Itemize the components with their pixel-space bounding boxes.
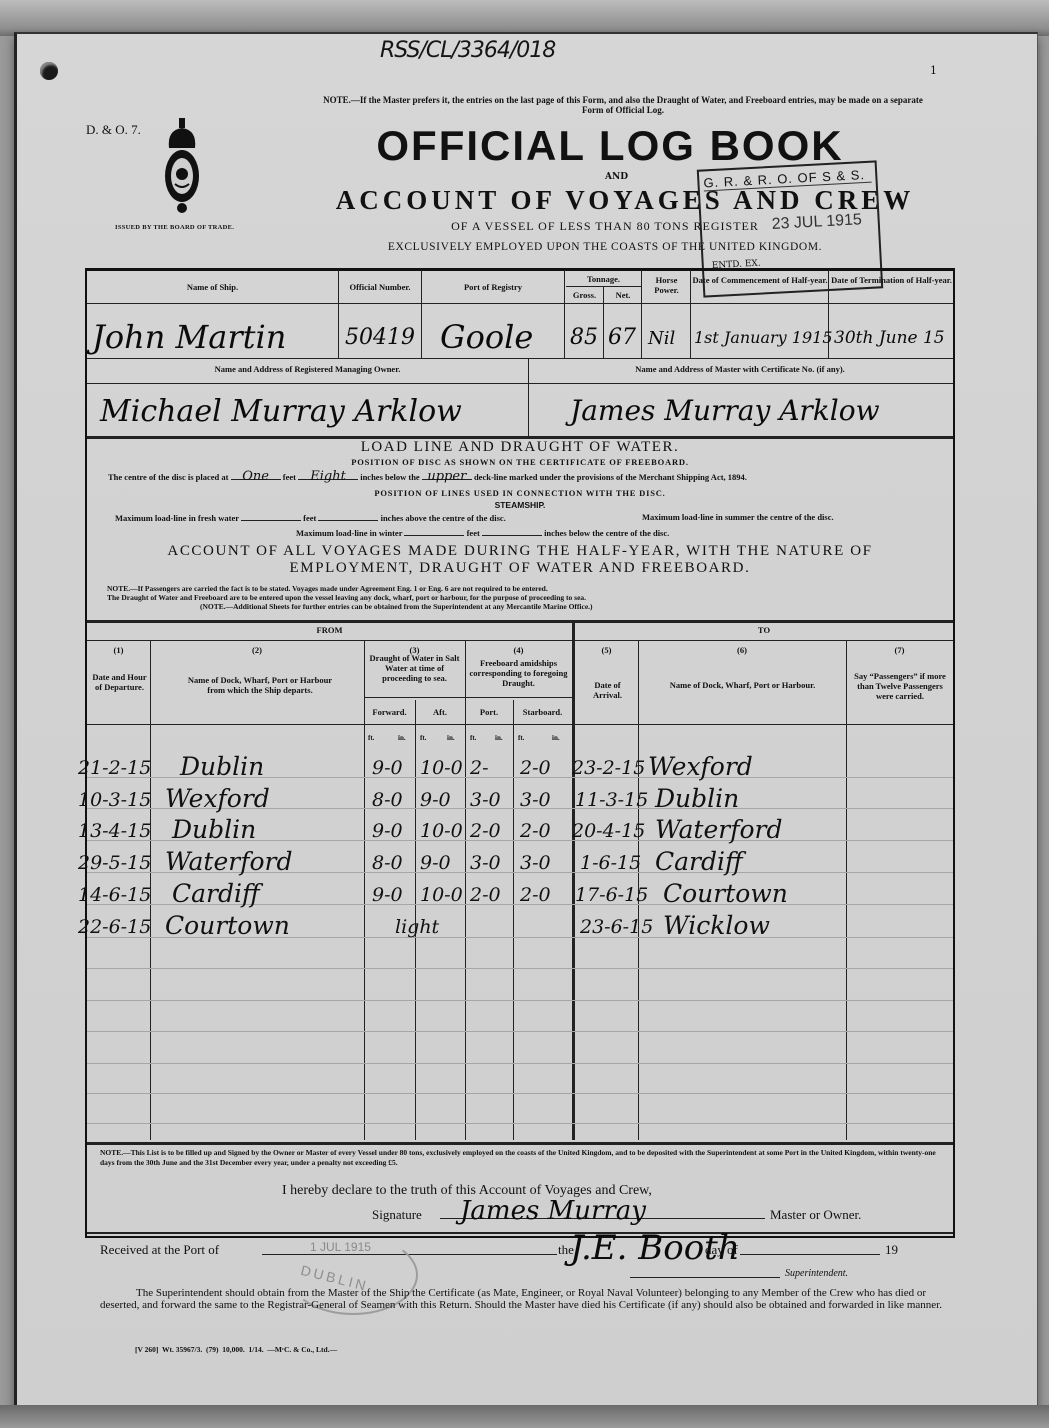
year-prefix: 19 xyxy=(885,1242,898,1258)
departure-date: 13-4-15 xyxy=(78,820,151,842)
freeboard-starboard: 3-0 xyxy=(520,789,551,811)
arrival-port: Waterford xyxy=(655,815,782,844)
steamship-label: STEAMSHIP. xyxy=(87,500,953,510)
freeboard-port: 3-0 xyxy=(470,852,501,874)
signature-label: Signature xyxy=(372,1207,422,1223)
forward-label: Forward. xyxy=(364,707,415,717)
gross-tonnage-value: 85 xyxy=(570,325,598,350)
date-commencement-value: 1st January 1915 xyxy=(694,328,833,347)
net-tonnage-value: 67 xyxy=(608,325,636,350)
stamp-header: G. R. & R. O. OF S & S. xyxy=(703,167,872,192)
freeboard-starboard: 2-0 xyxy=(520,884,551,906)
summer-line: Maximum load-line in summer the centre o… xyxy=(642,512,834,523)
position-of-lines-title: POSITION OF LINES USED IN CONNECTION WIT… xyxy=(87,488,953,498)
label-owner: Name and Address of Registered Managing … xyxy=(90,364,525,374)
divider xyxy=(87,303,953,304)
draught-forward: 8-0 xyxy=(372,852,403,874)
deck-value: upper xyxy=(422,471,472,480)
label-net: Net. xyxy=(605,290,641,300)
label-name-of-ship: Name of Ship. xyxy=(90,282,335,292)
master-or-owner-label: Master or Owner. xyxy=(770,1207,861,1223)
divider xyxy=(690,270,691,358)
draught-forward: 9-0 xyxy=(372,820,403,842)
departure-date: 29-5-15 xyxy=(78,852,151,874)
label-master: Name and Address of Master with Certific… xyxy=(530,364,950,374)
horse-power-value: Nil xyxy=(648,328,675,349)
disc-feet-value: One xyxy=(231,471,281,480)
col-2-number: (2) xyxy=(150,645,364,655)
divider xyxy=(87,1232,953,1234)
unit-in: in. xyxy=(447,733,455,743)
from-label: FROM xyxy=(87,625,572,635)
departure-date: 21-2-15 xyxy=(78,757,151,779)
divider xyxy=(641,270,642,358)
unit-ft: ft. xyxy=(420,733,426,743)
draught-forward: 8-0 xyxy=(372,789,403,811)
feet-label: feet xyxy=(303,513,316,523)
divider xyxy=(338,270,339,358)
col-divider xyxy=(846,640,847,1140)
col-4-number: (4) xyxy=(465,645,572,655)
divider xyxy=(87,1142,953,1145)
arrival-port: Wexford xyxy=(648,752,753,781)
footer-note: NOTE.—This List is to be filled up and S… xyxy=(100,1148,945,1168)
freeboard-port: 3-0 xyxy=(470,789,501,811)
inches-above-label: inches above the centre of the disc. xyxy=(381,513,506,523)
to-label: TO xyxy=(575,625,953,635)
label-horse-power: Horse Power. xyxy=(643,275,690,295)
freeboard-port: 2- xyxy=(470,757,489,779)
month-blank xyxy=(740,1254,880,1255)
form-code: D. & O. 7. xyxy=(86,122,141,138)
divider xyxy=(87,383,953,384)
postmark-date: 1 JUL 1915 xyxy=(310,1240,371,1254)
ruled-line xyxy=(87,1031,953,1032)
col-6-label: Name of Dock, Wharf, Port or Harbour. xyxy=(650,680,835,690)
fresh-water-label: Maximum load-line in fresh water xyxy=(115,513,239,523)
unit-in: in. xyxy=(552,733,560,743)
col-7-label: Say “Passengers” if more than Twelve Pas… xyxy=(852,671,948,701)
draught-aft: 10-0 xyxy=(420,757,463,779)
draught-aft: 10-0 xyxy=(420,884,463,906)
col-3-label: Draught of Water in Salt Water at time o… xyxy=(366,653,463,683)
label-date-termination: Date of Termination of Half-year. xyxy=(830,275,953,285)
winter-feet-blank xyxy=(404,527,464,536)
print-code: [V 260] Wt. 35967/3. (79) 10,000. 1/14. … xyxy=(135,1345,337,1354)
port-of-registry-value: Goole xyxy=(440,318,533,356)
issued-by: ISSUED BY THE BOARD OF TRADE. xyxy=(115,224,234,231)
arrival-date: 20-4-15 xyxy=(572,820,645,842)
winter-inches-blank xyxy=(482,527,542,536)
disc-prefix: The centre of the disc is placed at xyxy=(108,472,228,482)
from-to-divider xyxy=(572,620,575,1140)
feet-label: feet xyxy=(467,528,480,538)
departure-date: 22-6-15 xyxy=(78,916,151,938)
disc-position-line: The centre of the disc is placed at One … xyxy=(108,471,948,483)
superintendent-label: Superintendent. xyxy=(785,1268,848,1279)
account-title: ACCOUNT OF ALL VOYAGES MADE DURING THE H… xyxy=(110,543,930,577)
unit-ft: ft. xyxy=(518,733,524,743)
draught-aft: 9-0 xyxy=(420,789,451,811)
divider xyxy=(566,286,641,287)
departure-port: Dublin xyxy=(180,752,264,781)
ruled-line xyxy=(87,1093,953,1094)
freeboard-starboard: 2-0 xyxy=(520,757,551,779)
col-1-label: Date and Hour of Departure. xyxy=(92,672,147,692)
col-1-number: (1) xyxy=(87,645,150,655)
col-4-label: Freeboard amidships corresponding to for… xyxy=(467,658,570,688)
label-gross: Gross. xyxy=(566,290,603,300)
col-2-label: Name of Dock, Wharf, Port or Harbour fro… xyxy=(180,675,340,695)
master-signature: James Murray xyxy=(460,1196,646,1226)
unit-ft: ft. xyxy=(470,733,476,743)
divider xyxy=(87,358,953,359)
load-line-title: LOAD LINE AND DRAUGHT OF WATER. xyxy=(87,439,953,456)
top-note: NOTE.—If the Master prefers it, the entr… xyxy=(318,95,928,115)
page-number: 1 xyxy=(930,64,937,77)
received-label: Received at the Port of xyxy=(100,1242,219,1258)
fresh-water-feet-blank xyxy=(241,512,301,521)
unit-ft: ft. xyxy=(368,733,374,743)
col-6-number: (6) xyxy=(638,645,846,655)
divider xyxy=(528,358,529,438)
col-5-label: Date of Arrival. xyxy=(585,680,630,700)
unit-in: in. xyxy=(398,733,406,743)
punch-hole xyxy=(40,62,58,80)
divider xyxy=(87,640,953,641)
superintendent-signature: J.E. Booth xyxy=(570,1228,740,1268)
arrival-port: Cardiff xyxy=(655,847,743,876)
scan-bottom-edge xyxy=(0,1405,1049,1428)
departure-date: 14-6-15 xyxy=(78,884,151,906)
inches-below-label: inches below the centre of the disc. xyxy=(544,528,669,538)
departure-port: Wexford xyxy=(165,784,270,813)
divider xyxy=(364,697,572,698)
winter-line: Maximum load-line in winter feet inches … xyxy=(296,527,669,539)
account-note-3: (NOTE.—Additional Sheets for further ent… xyxy=(200,602,900,611)
draught-aft: 9-0 xyxy=(420,852,451,874)
stamp-date: 23 JUL 1915 xyxy=(771,211,862,234)
col-5-number: (5) xyxy=(575,645,638,655)
draught-forward: 9-0 xyxy=(372,757,403,779)
page-title: OFFICIAL LOG BOOK xyxy=(360,122,860,170)
label-official-number: Official Number. xyxy=(340,282,420,292)
arrival-date: 1-6-15 xyxy=(580,852,641,874)
fresh-water-inches-blank xyxy=(318,512,378,521)
departure-port: Dublin xyxy=(172,815,256,844)
aft-label: Aft. xyxy=(415,707,465,717)
departure-port: Waterford xyxy=(165,847,292,876)
departure-port: Cardiff xyxy=(172,879,260,908)
ruled-line xyxy=(87,1063,953,1064)
label-port-of-registry: Port of Registry xyxy=(423,282,563,292)
arrival-date: 23-6-15 xyxy=(580,916,653,938)
starboard-label: Starboard. xyxy=(513,707,572,717)
archive-reference: RSS/CL/3364/018 xyxy=(380,38,555,63)
disc-feet-label: feet xyxy=(283,472,296,482)
disc-inches-label: inches below the xyxy=(360,472,420,482)
label-tonnage: Tonnage. xyxy=(566,274,641,284)
ship-name-value: John Martin xyxy=(92,318,286,356)
divider xyxy=(564,270,565,358)
label-date-commencement: Date of Commencement of Half-year. xyxy=(692,275,828,285)
draught-aft: 10-0 xyxy=(420,820,463,842)
master-value: James Murray Arklow xyxy=(570,394,880,427)
arrival-port: Dublin xyxy=(655,784,739,813)
draught-forward: light xyxy=(395,916,439,938)
superintendent-line xyxy=(630,1277,780,1278)
divider xyxy=(421,270,422,358)
account-note-2: The Draught of Water and Freeboard are t… xyxy=(107,593,947,602)
account-note-1: NOTE.—If Passengers are carried the fact… xyxy=(107,584,947,593)
arrival-port: Wicklow xyxy=(663,911,770,940)
freeboard-port: 2-0 xyxy=(470,820,501,842)
col-7-number: (7) xyxy=(846,645,953,655)
superintendent-instructions: The Superintendent should obtain from th… xyxy=(100,1287,945,1311)
col-divider xyxy=(513,700,514,1140)
position-of-disc-title: POSITION OF DISC AS SHOWN ON THE CERTIFI… xyxy=(87,457,953,467)
title-and: AND xyxy=(605,172,628,182)
disc-inches-value: Eight xyxy=(298,471,358,480)
freeboard-starboard: 2-0 xyxy=(520,820,551,842)
port-label: Port. xyxy=(465,707,513,717)
freeboard-starboard: 3-0 xyxy=(520,852,551,874)
arrival-date: 23-2-15 xyxy=(572,757,645,779)
scan-top-edge xyxy=(0,0,1049,36)
winter-label: Maximum load-line in winter xyxy=(296,528,402,538)
header-bottom-divider xyxy=(87,724,953,725)
freeboard-port: 2-0 xyxy=(470,884,501,906)
departure-date: 10-3-15 xyxy=(78,789,151,811)
ruled-line xyxy=(87,1123,953,1124)
fresh-water-line: Maximum load-line in fresh water feet in… xyxy=(115,512,506,524)
official-number-value: 50419 xyxy=(345,325,415,350)
departure-port: Courtown xyxy=(165,911,290,940)
ruled-line xyxy=(87,968,953,969)
date-termination-value: 30th June 15 xyxy=(834,328,945,348)
disc-suffix: deck-line marked under the provisions of… xyxy=(474,472,747,482)
ruled-line xyxy=(87,1000,953,1001)
divider xyxy=(603,286,604,358)
divider xyxy=(87,620,953,623)
arrival-date: 17-6-15 xyxy=(575,884,648,906)
owner-value: Michael Murray Arklow xyxy=(100,394,462,429)
draught-forward: 9-0 xyxy=(372,884,403,906)
arrival-port: Courtown xyxy=(663,879,788,908)
unit-in: in. xyxy=(495,733,503,743)
royal-crest-icon xyxy=(163,118,201,218)
arrival-date: 11-3-15 xyxy=(575,789,648,811)
